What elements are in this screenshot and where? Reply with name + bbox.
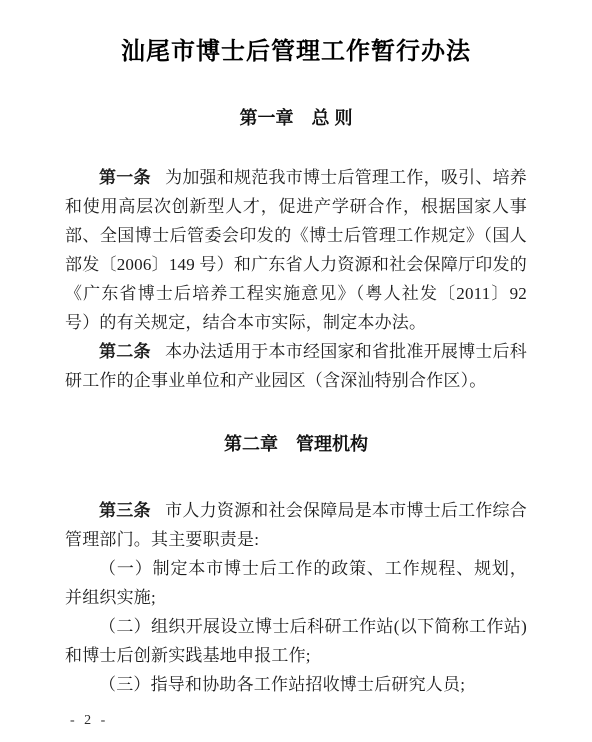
article-3: 第三条市人力资源和社会保障局是本市博士后工作综合管理部门。其主要职责是: bbox=[65, 496, 527, 554]
article-2-term: 第二条 bbox=[99, 342, 151, 361]
chapter-1-heading: 第一章 总 则 bbox=[65, 106, 527, 130]
article-2: 第二条本办法适用于本市经国家和省批准开展博士后科研工作的企事业单位和产业园区（含… bbox=[65, 337, 527, 395]
clause-item-3-text: （三）指导和协助各工作站招收博士后研究人员; bbox=[99, 675, 465, 694]
chapter-2-heading: 第二章 管理机构 bbox=[65, 432, 527, 456]
article-3-term: 第三条 bbox=[99, 501, 151, 520]
page-number: - 2 - bbox=[70, 713, 108, 729]
clause-item-1-text: （一）制定本市博士后工作的政策、工作规程、规划，并组织实施; bbox=[65, 559, 527, 607]
article-1-text: 为加强和规范我市博士后管理工作，吸引、培养和使用高层次创新型人才，促进产学研合作… bbox=[65, 168, 527, 332]
article-1-term: 第一条 bbox=[99, 168, 151, 187]
document-title: 汕尾市博士后管理工作暂行办法 bbox=[65, 38, 527, 66]
clause-item-3: （三）指导和协助各工作站招收博士后研究人员; bbox=[65, 670, 527, 699]
clause-item-2-text: （二）组织开展设立博士后科研工作站(以下简称工作站)和博士后创新实践基地申报工作… bbox=[65, 617, 527, 665]
chapter-2-body: 第三条市人力资源和社会保障局是本市博士后工作综合管理部门。其主要职责是: （一）… bbox=[65, 496, 527, 699]
clause-item-2: （二）组织开展设立博士后科研工作站(以下简称工作站)和博士后创新实践基地申报工作… bbox=[65, 612, 527, 670]
chapter-1-body: 第一条为加强和规范我市博士后管理工作，吸引、培养和使用高层次创新型人才，促进产学… bbox=[65, 163, 527, 395]
article-1: 第一条为加强和规范我市博士后管理工作，吸引、培养和使用高层次创新型人才，促进产学… bbox=[65, 163, 527, 337]
clause-item-1: （一）制定本市博士后工作的政策、工作规程、规划，并组织实施; bbox=[65, 554, 527, 612]
document-page: 汕尾市博士后管理工作暂行办法 第一章 总 则 第一条为加强和规范我市博士后管理工… bbox=[0, 0, 592, 742]
